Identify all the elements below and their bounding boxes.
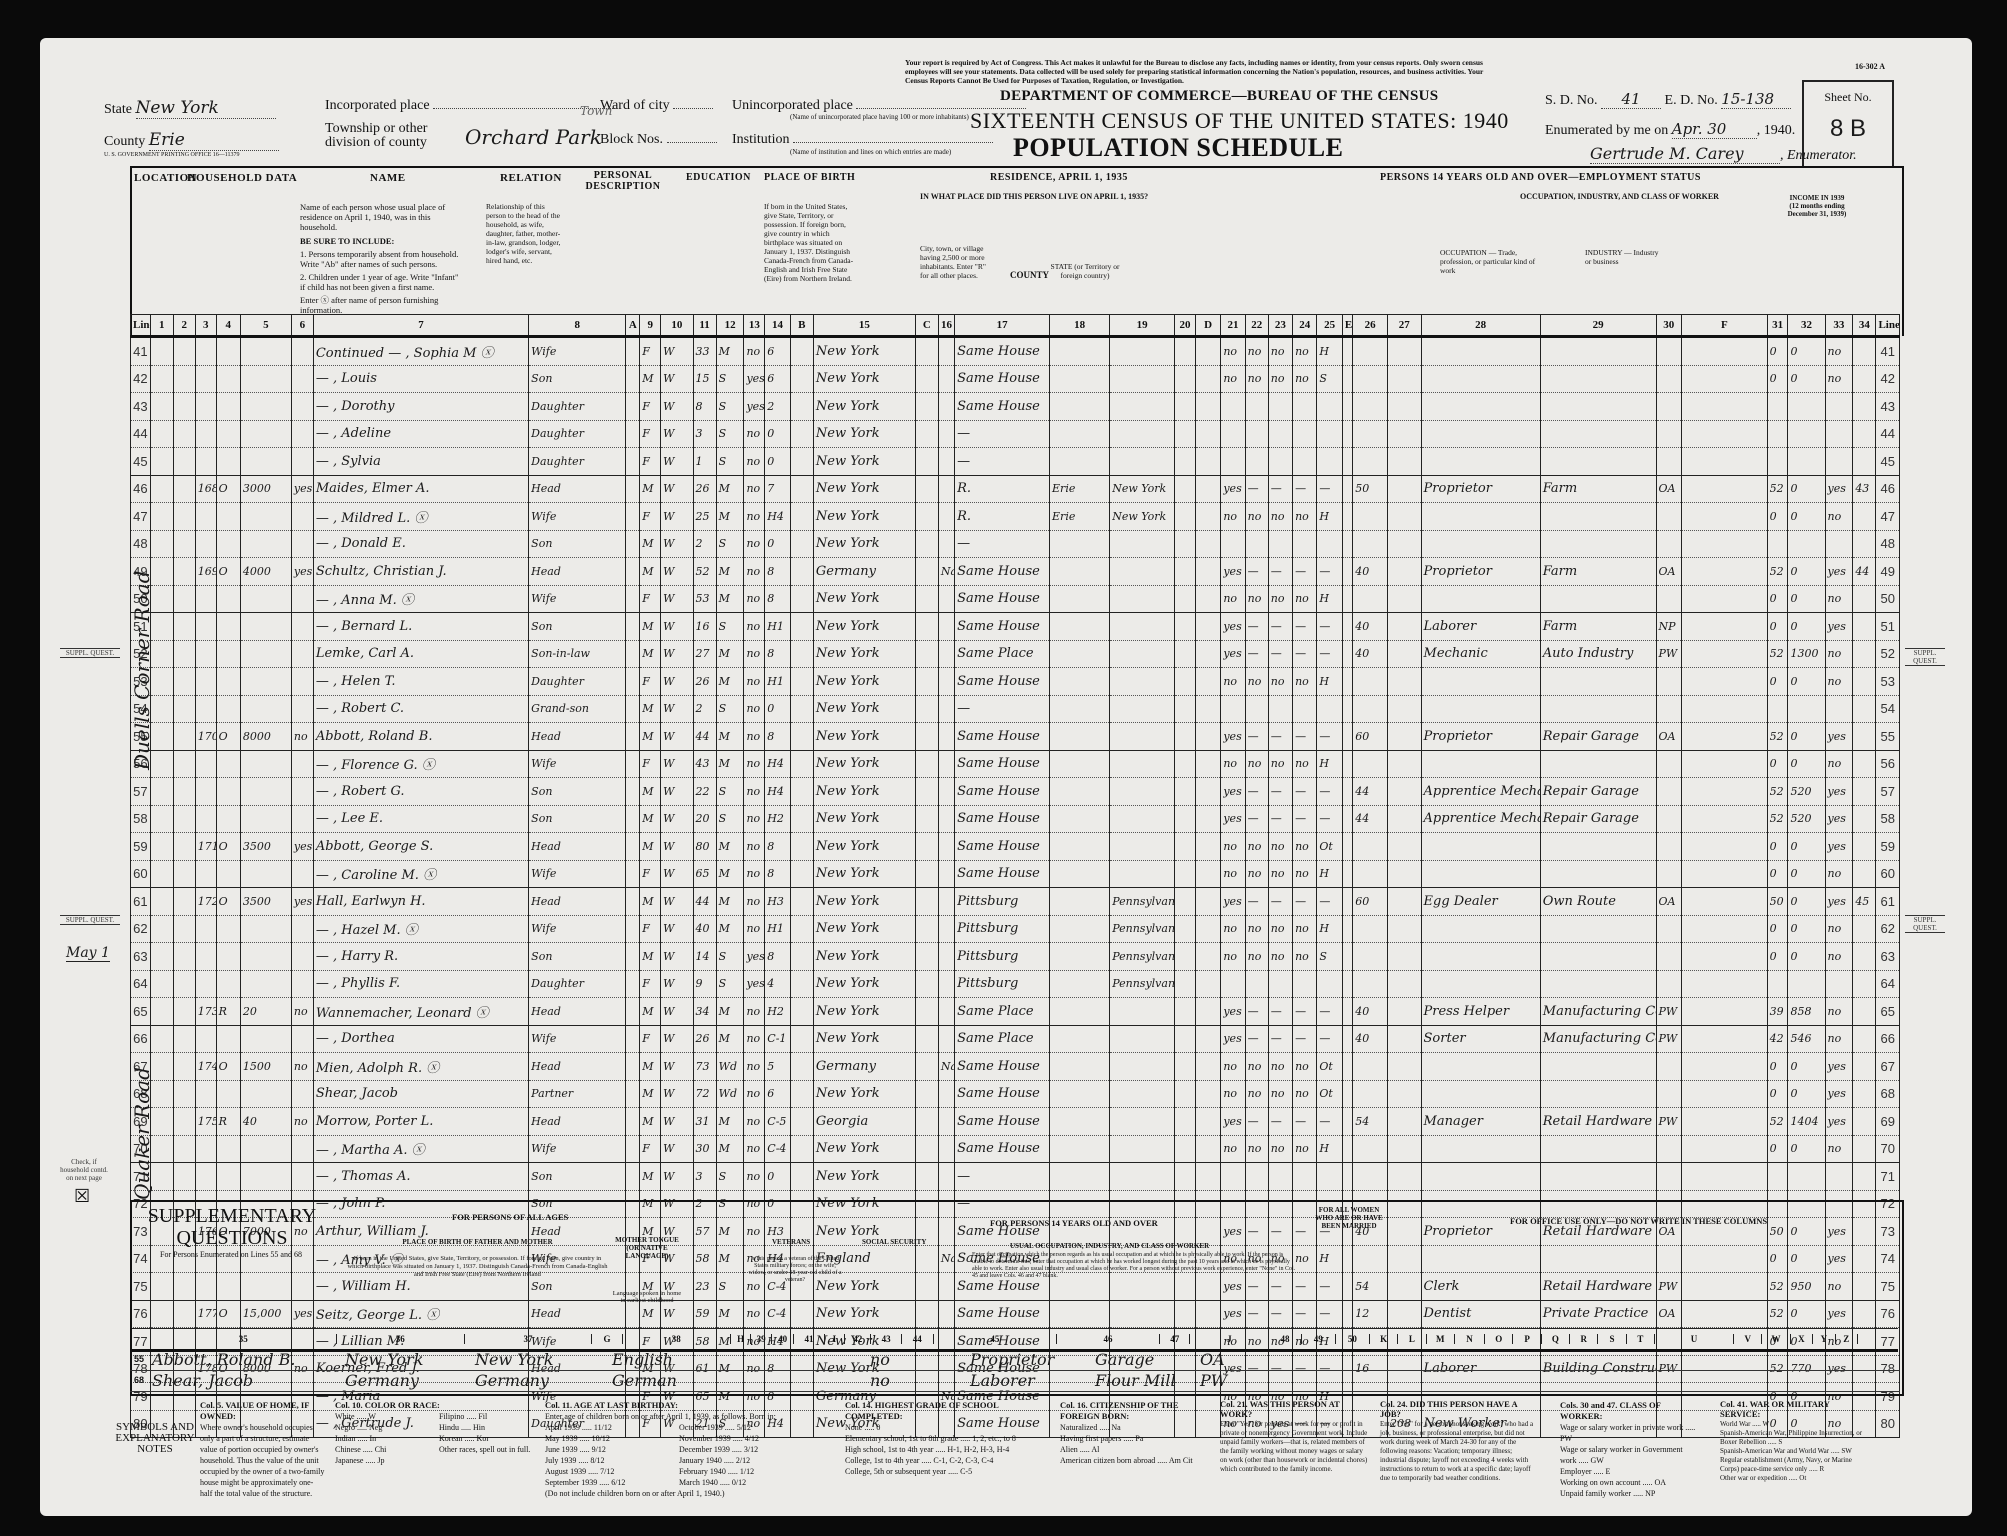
line-number: 53 — [1876, 668, 1900, 696]
cell-grade: H1 — [765, 668, 790, 696]
cell-c32 — [1788, 970, 1825, 998]
cell-c28 — [1421, 530, 1540, 558]
cell-cB — [790, 393, 813, 421]
cell-sch: no — [744, 337, 765, 366]
cell-cF — [1682, 640, 1768, 668]
supp-cell-name: Abbott, Roland B. — [152, 1350, 296, 1369]
cell-mar: M — [716, 585, 744, 613]
cell-name: — , Donald E. — [313, 530, 528, 558]
cell-mar: S — [716, 970, 744, 998]
cell-c30 — [1656, 503, 1681, 531]
cell-c2 — [173, 393, 195, 421]
cell-value — [240, 420, 291, 448]
table-row: 49169O4000yesSchultz, Christian J.HeadMW… — [131, 558, 1900, 586]
sd-value: 41 — [1601, 90, 1661, 109]
cell-mar: S — [716, 943, 744, 971]
cell-res_state — [1110, 668, 1175, 696]
note-col41: Col. 41. WAR OR MILITARY SERVICE:World W… — [1720, 1400, 1870, 1483]
cell-c31: 52 — [1767, 1108, 1788, 1136]
line-number: 66 — [1876, 1025, 1900, 1053]
cell-cit — [938, 943, 954, 971]
cell-age: 44 — [693, 888, 716, 916]
cell-res_city: Pittsburg — [955, 888, 1050, 916]
cell-c22 — [1245, 530, 1268, 558]
cell-race: W — [661, 833, 693, 861]
cell-c31 — [1767, 393, 1788, 421]
cell-c33: yes — [1825, 1080, 1853, 1108]
cell-own: R — [216, 1108, 240, 1136]
cell-grade: 0 — [765, 530, 790, 558]
cell-c30 — [1656, 833, 1681, 861]
cell-c29: Repair Garage — [1540, 778, 1656, 806]
cell-name: — , Anna M. ⓧ — [313, 585, 528, 613]
cell-rel: Son — [529, 943, 626, 971]
note-item: Filipino ..... Fil — [439, 1411, 535, 1422]
cell-cF — [1682, 998, 1768, 1026]
cell-value: 4000 — [240, 558, 291, 586]
cell-sex: M — [640, 778, 661, 806]
cell-value: 3500 — [240, 888, 291, 916]
note-col24: Col. 24. DID THIS PERSON HAVE A JOB?Ente… — [1380, 1400, 1540, 1483]
note-item: May 1939 ..... 10/12 — [545, 1433, 671, 1444]
cell-sex: F — [640, 448, 661, 476]
cell-c20 — [1175, 833, 1196, 861]
cell-c30 — [1656, 365, 1681, 393]
cell-res_county — [1050, 393, 1110, 421]
cell-sex: M — [640, 805, 661, 833]
cell-c27 — [1387, 1080, 1421, 1108]
cell-c24 — [1293, 970, 1317, 998]
cell-own: O — [216, 833, 240, 861]
supp-col-number: U — [1655, 1334, 1734, 1344]
line-number: 61 — [1876, 888, 1900, 916]
cell-own — [216, 1135, 240, 1163]
note-item: Other war or expedition ..... Ot — [1720, 1474, 1870, 1483]
state-field: State New York — [104, 98, 276, 119]
cell-c32: 0 — [1788, 365, 1825, 393]
cell-rel: Wife — [529, 1025, 626, 1053]
cell-sch: yes — [744, 943, 765, 971]
cell-rel: Daughter — [529, 420, 626, 448]
line-number: 65 — [131, 998, 151, 1026]
cell-c21: no — [1221, 750, 1245, 778]
institution-field: Institution — [732, 132, 993, 148]
sheet-number: 8 B — [1804, 115, 1892, 143]
cell-farm: no — [291, 998, 313, 1026]
cell-c29 — [1540, 1163, 1656, 1191]
supp-col-number: N — [1455, 1334, 1485, 1344]
cell-sch: no — [744, 778, 765, 806]
line-number: 42 — [1876, 365, 1900, 393]
cell-name: — , Phyllis F. — [313, 970, 528, 998]
cell-c30: PW — [1656, 998, 1681, 1026]
note-item: Working on own account ..... OA — [1560, 1477, 1700, 1488]
sd-field: S. D. No. 41 E. D. No. 15-138 — [1545, 90, 1791, 109]
cell-grade: C-1 — [765, 1025, 790, 1053]
cell-c29 — [1540, 393, 1656, 421]
cell-birth: New York — [813, 915, 915, 943]
cell-c31: 0 — [1767, 503, 1788, 531]
cell-c33: no — [1825, 1025, 1853, 1053]
cell-mar: S — [716, 695, 744, 723]
table-row: 56— , Florence G. ⓧWifeFW43MnoH4New York… — [131, 750, 1900, 778]
cell-age: 31 — [693, 1108, 716, 1136]
cell-cE — [1342, 1108, 1352, 1136]
cell-farm — [291, 613, 313, 641]
cell-cit — [938, 915, 954, 943]
cell-c28: Sorter — [1421, 1025, 1540, 1053]
cell-c34 — [1853, 1025, 1876, 1053]
cell-res_state — [1110, 860, 1175, 888]
cell-birth: New York — [813, 585, 915, 613]
cell-cit — [938, 365, 954, 393]
cell-cC — [915, 1163, 938, 1191]
cell-c34 — [1853, 337, 1876, 366]
cell-c22 — [1245, 448, 1268, 476]
cell-sch: no — [744, 448, 765, 476]
cell-age: 73 — [693, 1053, 716, 1081]
cell-res_state: Pennsylvania — [1110, 970, 1175, 998]
cell-sex: M — [640, 475, 661, 503]
cell-house: 169 — [195, 558, 216, 586]
table-row: 69175R40noMorrow, Porter L.HeadMW31MnoC-… — [131, 1108, 1900, 1136]
cell-grade: 8 — [765, 585, 790, 613]
cell-c22: — — [1245, 998, 1268, 1026]
note-item: Other races, spell out in full. — [439, 1444, 535, 1455]
cell-cit — [938, 337, 954, 366]
cell-value — [240, 915, 291, 943]
cell-res_county — [1050, 723, 1110, 751]
cell-c32: 0 — [1788, 860, 1825, 888]
cell-c29: Repair Garage — [1540, 805, 1656, 833]
cell-cC — [915, 805, 938, 833]
cell-rel: Wife — [529, 860, 626, 888]
cell-cB — [790, 888, 813, 916]
table-row: 62— , Hazel M. ⓧWifeFW40MnoH1New YorkPit… — [131, 915, 1900, 943]
cell-c23: no — [1268, 668, 1292, 696]
cell-grade: 8 — [765, 833, 790, 861]
cell-c33: no — [1825, 943, 1853, 971]
cell-c33: yes — [1825, 723, 1853, 751]
cell-res_state — [1110, 365, 1175, 393]
cell-c33 — [1825, 1163, 1853, 1191]
cell-c22: no — [1245, 585, 1268, 613]
schedule-title: POPULATION SCHEDULE — [1013, 133, 1343, 163]
cell-cB — [790, 475, 813, 503]
cell-farm — [291, 503, 313, 531]
cell-cit — [938, 1163, 954, 1191]
cell-value — [240, 1135, 291, 1163]
cell-c21: yes — [1221, 613, 1245, 641]
cell-cB — [790, 420, 813, 448]
cell-sex: M — [640, 723, 661, 751]
cell-c20 — [1175, 805, 1196, 833]
cell-res_state — [1110, 613, 1175, 641]
cell-c33: no — [1825, 860, 1853, 888]
cell-house — [195, 915, 216, 943]
cell-name: Mien, Adolph R. ⓧ — [313, 1053, 528, 1081]
line-number: 64 — [131, 970, 151, 998]
cell-mar: S — [716, 393, 744, 421]
cell-cB — [790, 943, 813, 971]
cell-res_city: Same House — [955, 1135, 1050, 1163]
cell-age: 53 — [693, 585, 716, 613]
cell-res_city: Same House — [955, 668, 1050, 696]
cell-c28 — [1421, 1135, 1540, 1163]
cell-cC — [915, 723, 938, 751]
cell-res_state — [1110, 1080, 1175, 1108]
cell-c26 — [1353, 420, 1388, 448]
cell-c25: — — [1317, 640, 1342, 668]
cell-c33 — [1825, 393, 1853, 421]
cell-cit — [938, 695, 954, 723]
cell-grade: 4 — [765, 970, 790, 998]
cell-res_county — [1050, 970, 1110, 998]
cell-birth: New York — [813, 695, 915, 723]
line-number: 54 — [1876, 695, 1900, 723]
cell-cC — [915, 888, 938, 916]
supplementary-column-numbers: 353637G38H394041I424344454647J484950KLMN… — [132, 1328, 1898, 1352]
cell-cit — [938, 503, 954, 531]
cell-cD — [1195, 1108, 1220, 1136]
cell-mar: M — [716, 750, 744, 778]
cell-farm — [291, 943, 313, 971]
cell-cD — [1195, 970, 1220, 998]
cell-res_city: — — [955, 530, 1050, 558]
cell-c2 — [173, 448, 195, 476]
cell-cB — [790, 585, 813, 613]
cell-res_city: Same House — [955, 750, 1050, 778]
cell-house — [195, 613, 216, 641]
line-number: 43 — [131, 393, 151, 421]
cell-c30 — [1656, 1163, 1681, 1191]
cell-house — [195, 943, 216, 971]
cell-c33: yes — [1825, 805, 1853, 833]
cell-age: 33 — [693, 337, 716, 366]
cell-c31: 0 — [1767, 833, 1788, 861]
cell-res_city: Same House — [955, 365, 1050, 393]
cell-cC — [915, 1108, 938, 1136]
supp-cell-occ: Proprietor — [970, 1350, 1054, 1369]
cell-cD — [1195, 778, 1220, 806]
cell-cF — [1682, 558, 1768, 586]
cell-sex: M — [640, 530, 661, 558]
cell-c28 — [1421, 365, 1540, 393]
supplementary-title: SUPPLEMENTARY QUESTIONS — [132, 1205, 332, 1249]
supp-col-number: I — [825, 1334, 846, 1344]
cell-own — [216, 448, 240, 476]
cell-farm: no — [291, 1053, 313, 1081]
cell-res_county — [1050, 558, 1110, 586]
supp-col-number: P — [1513, 1334, 1541, 1344]
cell-c31: 0 — [1767, 915, 1788, 943]
cell-cF — [1682, 475, 1768, 503]
cell-c28 — [1421, 337, 1540, 366]
cell-cA — [626, 1135, 640, 1163]
cell-cit — [938, 1025, 954, 1053]
cell-birth: New York — [813, 943, 915, 971]
cell-c22: — — [1245, 613, 1268, 641]
cell-cA — [626, 365, 640, 393]
cell-c20 — [1175, 530, 1196, 558]
cell-sex: F — [640, 860, 661, 888]
cell-c23 — [1268, 448, 1292, 476]
cell-res_state: New York — [1110, 475, 1175, 503]
line-number: 62 — [1876, 915, 1900, 943]
cell-rel: Head — [529, 1108, 626, 1136]
cell-res_city: Same House — [955, 613, 1050, 641]
line-number: 65 — [1876, 998, 1900, 1026]
cell-cB — [790, 1053, 813, 1081]
cell-mar: M — [716, 833, 744, 861]
cell-c24 — [1293, 530, 1317, 558]
cell-cE — [1342, 1135, 1352, 1163]
cell-name: — , Thomas A. — [313, 1163, 528, 1191]
cell-cit — [938, 475, 954, 503]
cell-c29 — [1540, 668, 1656, 696]
cell-rel: Son — [529, 805, 626, 833]
cell-c28: Mechanic — [1421, 640, 1540, 668]
line-number: 62 — [131, 915, 151, 943]
cell-res_city: Pittsburg — [955, 943, 1050, 971]
cell-cit: Na — [938, 558, 954, 586]
cell-c20 — [1175, 668, 1196, 696]
cell-cC — [915, 420, 938, 448]
cell-c20 — [1175, 860, 1196, 888]
table-row: 61172O3500yesHall, Earlwyn H.HeadMW44Mno… — [131, 888, 1900, 916]
cell-house — [195, 1025, 216, 1053]
cell-c22: no — [1245, 750, 1268, 778]
cell-value — [240, 695, 291, 723]
supp-cell-father: New York — [345, 1350, 423, 1369]
cell-cE — [1342, 998, 1352, 1026]
cell-own: O — [216, 475, 240, 503]
note-item: Spanish-American War and World War .....… — [1720, 1447, 1870, 1456]
cell-c20 — [1175, 778, 1196, 806]
cell-c26: 40 — [1353, 1025, 1388, 1053]
cell-value: 20 — [240, 998, 291, 1026]
table-row: 43— , DorothyDaughterFW8Syes2New YorkSam… — [131, 393, 1900, 421]
cell-rel: Partner — [529, 1080, 626, 1108]
line-number: 52 — [1876, 640, 1900, 668]
cell-rel: Head — [529, 998, 626, 1026]
cell-c21: yes — [1221, 888, 1245, 916]
cell-name: — , Helen T. — [313, 668, 528, 696]
enumerator-field: Gertrude M. Carey, Enumerator. — [1590, 144, 1857, 164]
cell-res_city: Same House — [955, 1080, 1050, 1108]
cell-cit — [938, 448, 954, 476]
cell-grade: H4 — [765, 503, 790, 531]
cell-res_city: Same House — [955, 805, 1050, 833]
cell-c23 — [1268, 530, 1292, 558]
cell-c28 — [1421, 503, 1540, 531]
cell-c29: Manufacturing Company — [1540, 998, 1656, 1026]
cell-c26 — [1353, 1163, 1388, 1191]
cell-c26 — [1353, 668, 1388, 696]
cell-rel: Son — [529, 778, 626, 806]
cell-c34 — [1853, 393, 1876, 421]
supp-col-number: G — [592, 1334, 622, 1344]
may1-note: May 1 — [66, 945, 110, 962]
cell-c23: — — [1268, 998, 1292, 1026]
cell-c34 — [1853, 365, 1876, 393]
cell-cE — [1342, 860, 1352, 888]
cell-res_city: — — [955, 420, 1050, 448]
cell-own — [216, 337, 240, 366]
cell-c33 — [1825, 695, 1853, 723]
cell-cF — [1682, 723, 1768, 751]
cell-c34 — [1853, 833, 1876, 861]
cell-c20 — [1175, 970, 1196, 998]
cell-cit — [938, 668, 954, 696]
cell-farm — [291, 1025, 313, 1053]
cell-rel: Wife — [529, 1135, 626, 1163]
cell-age: 9 — [693, 970, 716, 998]
cell-res_city: R. — [955, 475, 1050, 503]
supp-col-number: 48 — [1269, 1334, 1301, 1344]
cell-c2 — [173, 888, 195, 916]
cell-age: 14 — [693, 943, 716, 971]
cell-c24: — — [1293, 805, 1317, 833]
cell-house — [195, 420, 216, 448]
cell-c22: no — [1245, 943, 1268, 971]
supp-col-number: 45 — [934, 1334, 1057, 1344]
cell-c25: Ot — [1317, 1053, 1342, 1081]
cell-cit — [938, 585, 954, 613]
cell-c28 — [1421, 393, 1540, 421]
cell-cC — [915, 970, 938, 998]
cell-birth: New York — [813, 1163, 915, 1191]
table-row: 68Shear, JacobPartnerMW72Wdno6New YorkSa… — [131, 1080, 1900, 1108]
continued-checkbox[interactable]: ☒ — [74, 1186, 90, 1207]
note-item: High school, 1st to 4th year ..... H-1, … — [845, 1444, 1045, 1455]
street-label-duells-corner: Duells Corner Road — [130, 470, 154, 770]
cell-cD — [1195, 860, 1220, 888]
cell-c31 — [1767, 448, 1788, 476]
cell-cD — [1195, 1135, 1220, 1163]
table-row: 54— , Robert C.Grand-sonMW2Sno0New York—… — [131, 695, 1900, 723]
township-value: Orchard Park — [465, 125, 602, 149]
incorporated-field: Incorporated place — [325, 98, 613, 114]
cell-value — [240, 613, 291, 641]
cell-c28: Manager — [1421, 1108, 1540, 1136]
cell-grade: C-4 — [765, 1135, 790, 1163]
cell-c24: — — [1293, 613, 1317, 641]
table-row: 67174O1500noMien, Adolph R. ⓧHeadMW73Wdn… — [131, 1053, 1900, 1081]
cell-name: — , Robert G. — [313, 778, 528, 806]
cell-grade: H1 — [765, 613, 790, 641]
cell-grade: H4 — [765, 750, 790, 778]
cell-own — [216, 1163, 240, 1191]
cell-c2 — [173, 1108, 195, 1136]
cell-c24: no — [1293, 1080, 1317, 1108]
cell-c22: no — [1245, 365, 1268, 393]
cell-sex: F — [640, 1025, 661, 1053]
cell-cF — [1682, 833, 1768, 861]
cell-cD — [1195, 915, 1220, 943]
cell-c32 — [1788, 393, 1825, 421]
cell-res_state — [1110, 585, 1175, 613]
cell-value: 3000 — [240, 475, 291, 503]
cell-sch: no — [744, 750, 765, 778]
cell-res_county — [1050, 613, 1110, 641]
cell-c27 — [1387, 1025, 1421, 1053]
cell-name: — , Hazel M. ⓧ — [313, 915, 528, 943]
cell-c2 — [173, 530, 195, 558]
cell-grade: 0 — [765, 1163, 790, 1191]
cell-farm — [291, 695, 313, 723]
supp-cell-ind: Garage — [1095, 1350, 1154, 1369]
